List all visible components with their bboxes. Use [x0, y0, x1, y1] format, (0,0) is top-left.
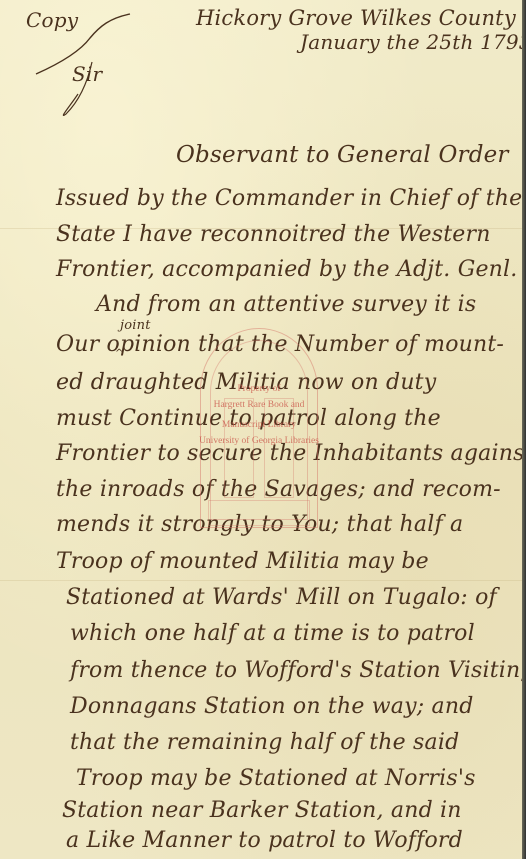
letter-place: Hickory Grove Wilkes County	[196, 6, 516, 30]
body-line: Stationed at Wards' Mill on Tugalo: of	[66, 585, 497, 610]
body-line: must Continue to patrol along the	[56, 406, 441, 431]
body-line: Troop of mounted Militia may be	[56, 549, 429, 574]
body-line: Issued by the Commander in Chief of the	[56, 186, 522, 211]
body-line: Observant to General Order	[176, 142, 509, 168]
body-line: Frontier to secure the Inhabitants again…	[56, 441, 526, 466]
body-line: Frontier, accompanied by the Adjt. Genl.	[56, 257, 517, 282]
body-line: Station near Barker Station, and in	[62, 798, 462, 823]
body-line: mends it strongly to You; that half a	[56, 512, 463, 537]
body-line: from thence to Wofford's Station Visitin…	[70, 658, 526, 683]
scan-edge	[522, 0, 526, 859]
body-line: which one half at a time is to patrol	[70, 621, 475, 646]
body-line: And from an attentive survey it is	[96, 292, 476, 317]
body-line: a Like Manner to patrol to Wofford	[66, 828, 463, 853]
body-line: State I have reconnoitred the Western	[56, 222, 491, 247]
letter-date: January the 25th 1793	[300, 30, 526, 54]
body-line: Our opinion that the Number of mount-	[56, 332, 504, 357]
salutation: Sir	[72, 62, 102, 86]
body-line: ed draughted Militia now on duty	[56, 370, 436, 395]
manuscript-page: Copy Hickory Grove Wilkes County January…	[0, 0, 522, 859]
body-line: that the remaining half of the said	[70, 730, 459, 755]
body-line: the inroads of the Savages; and recom-	[56, 477, 501, 502]
body-line: Donnagans Station on the way; and	[70, 694, 473, 719]
body-line: Troop may be Stationed at Norris's	[76, 766, 476, 791]
paper-fold-line	[0, 580, 522, 581]
interlinear-insertion: joint	[120, 318, 151, 333]
